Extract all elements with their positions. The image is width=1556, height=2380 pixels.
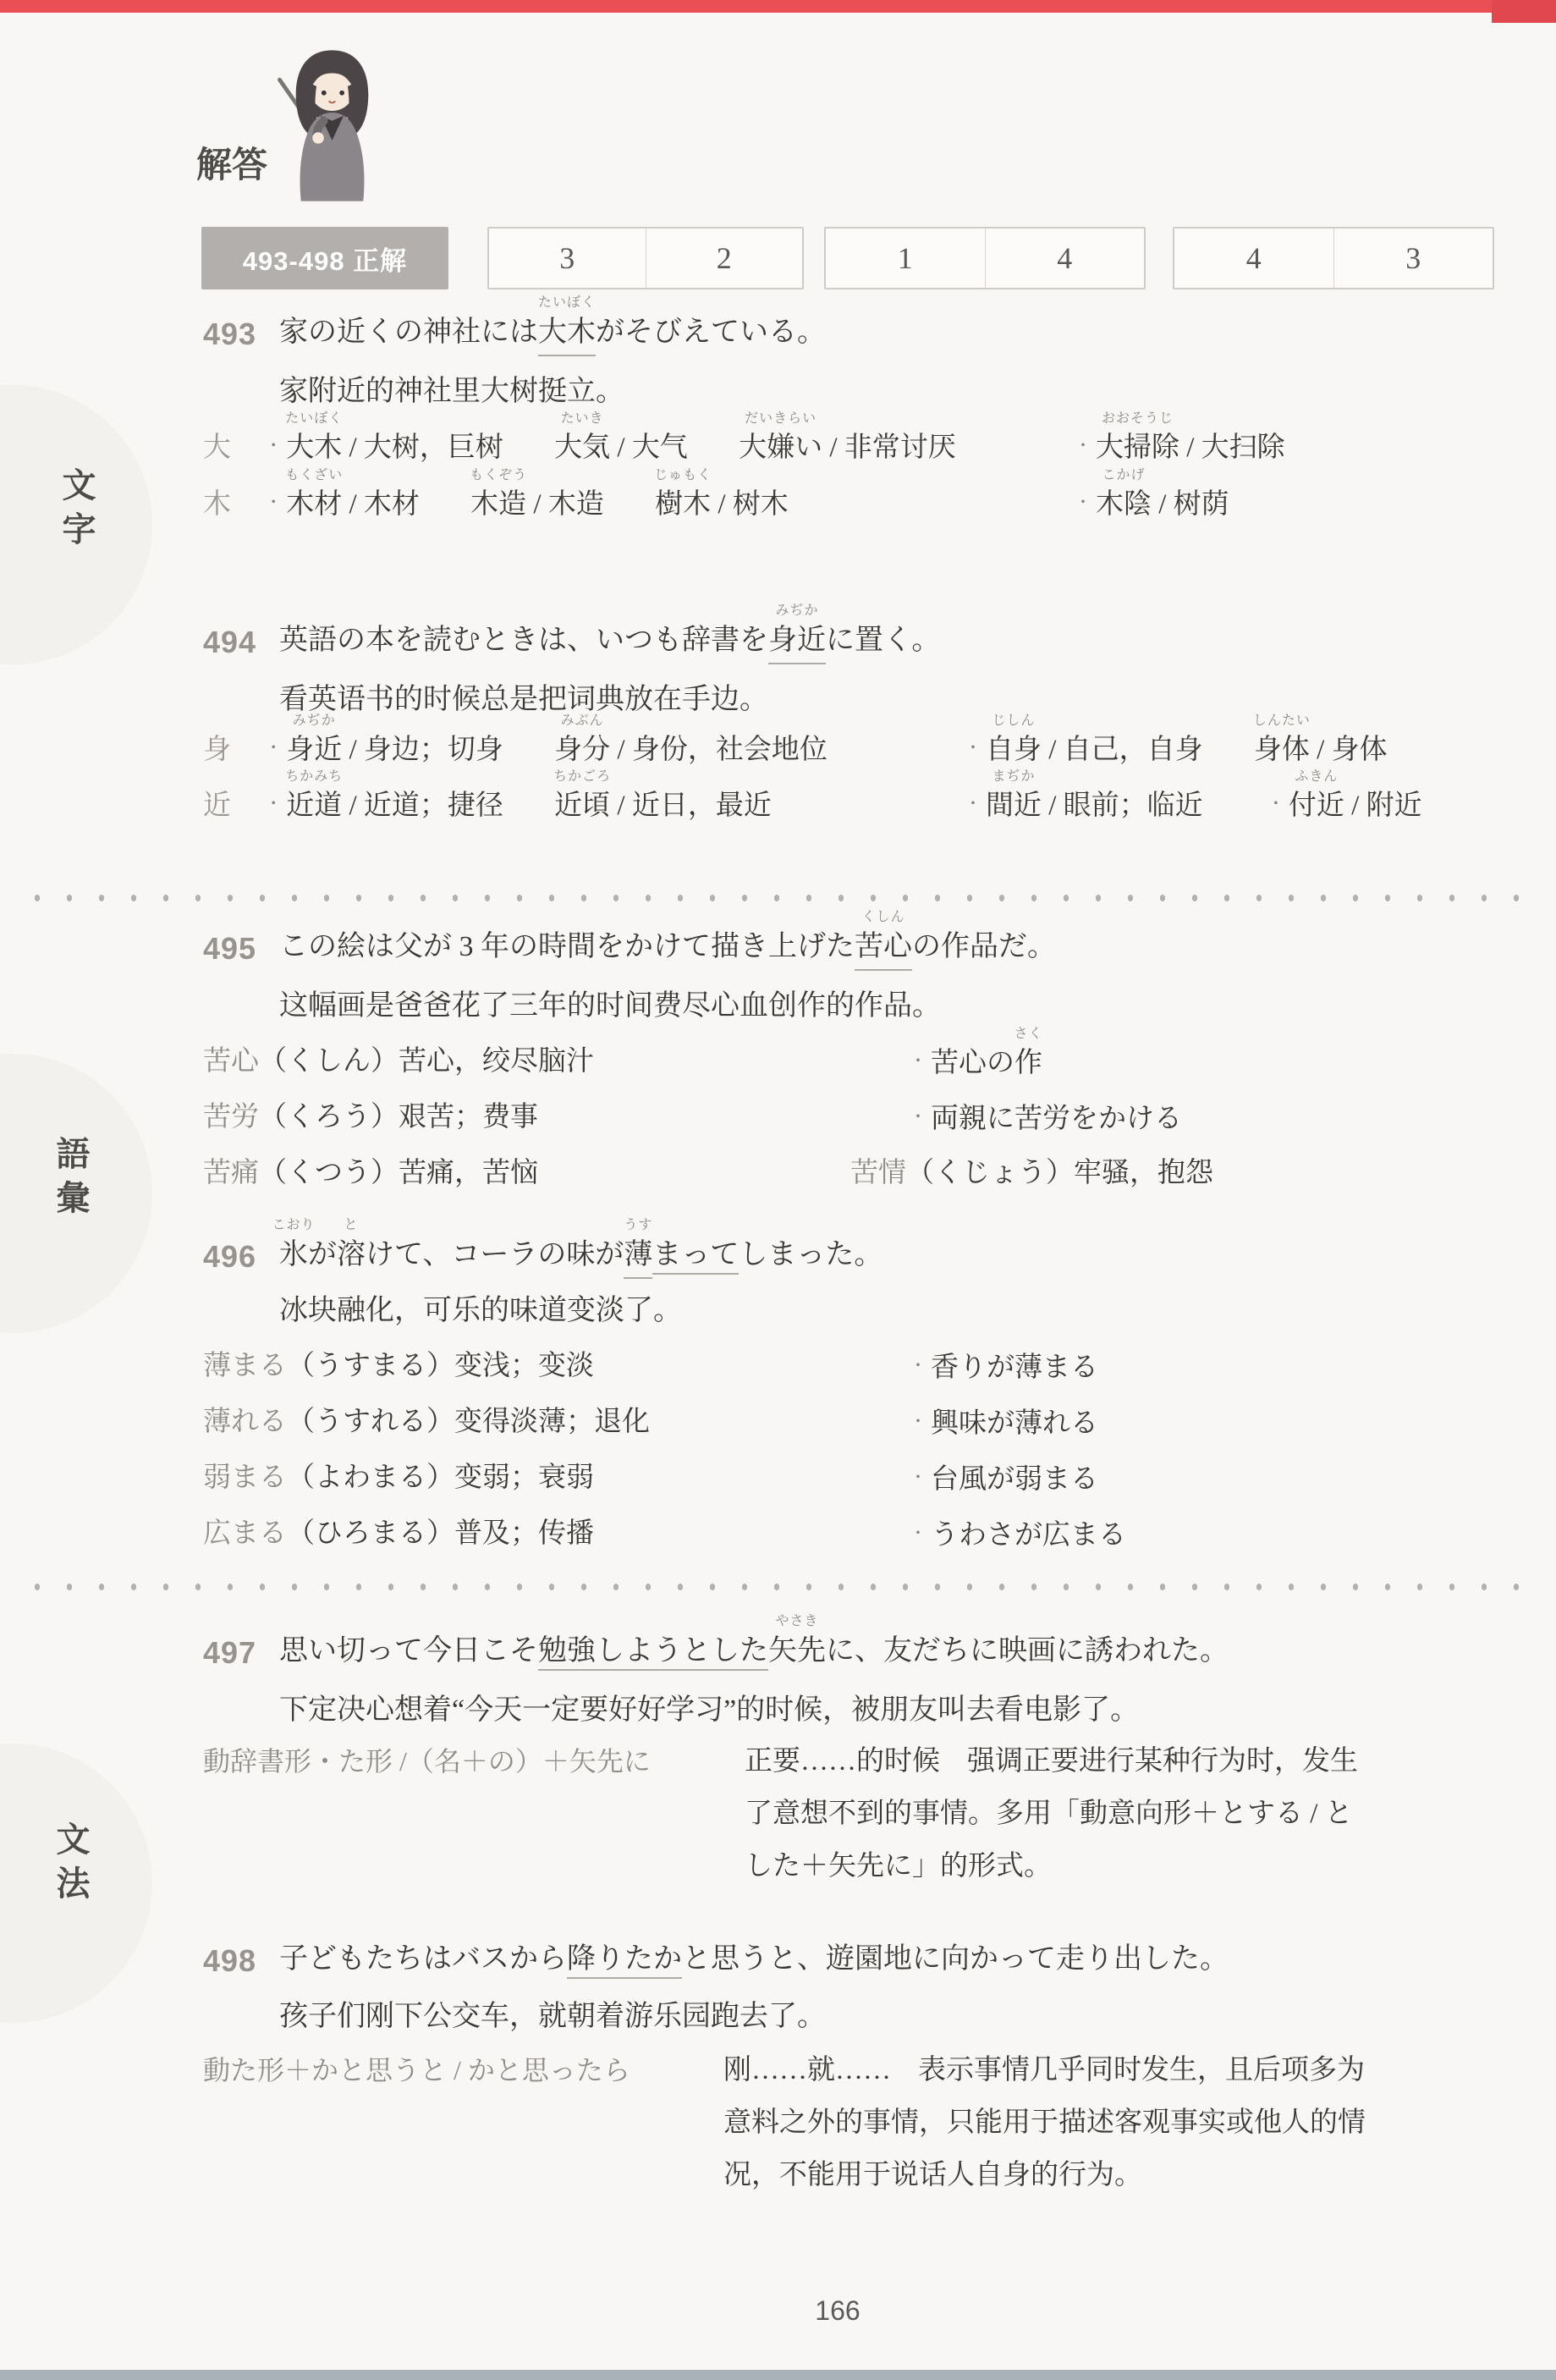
answer-cell-498: 3	[1333, 229, 1493, 288]
item-text: / 自己，自身	[1042, 735, 1203, 765]
bullet-dot: ・	[910, 1468, 926, 1487]
ruby-base: 身近	[286, 735, 342, 765]
sentence-segment: 思い切って今日こそ	[279, 1635, 538, 1667]
headword: 苦心	[203, 1046, 259, 1077]
ruby-word: たいぼく大木	[286, 429, 342, 466]
sentence-segment: が	[308, 1239, 337, 1270]
sentence-segment: 英語の本を読むときは、いつも辞書を	[279, 625, 768, 656]
bullet-dot: ・	[265, 437, 282, 455]
item-text: / 身份，社会地位	[610, 735, 827, 765]
furigana: みぢか	[293, 714, 336, 728]
example-row: 苦労（くろう）艰苦；费事 ・両親に苦労をかける	[203, 1099, 1523, 1136]
sentence-segment: けて、コーラの味が	[366, 1239, 624, 1270]
example-row: 苦痛（くつう）苦痛，苦恼 苦情（くじょう）牢骚，抱怨	[203, 1154, 1523, 1192]
furigana: おおそうじ	[1102, 412, 1174, 426]
ruby-word: と溶	[337, 1236, 366, 1275]
ruby-base: 大掃除	[1096, 432, 1179, 463]
furigana: と	[344, 1219, 358, 1232]
cn-translation: 看英语书的时候总是把词典放在手边。	[279, 680, 768, 719]
ruby-base: 付近	[1289, 791, 1344, 821]
furigana: みぶん	[561, 714, 604, 728]
answer-cell-497: 4	[1174, 229, 1333, 288]
answer-range-label: 493-498 正解	[201, 227, 448, 289]
ruby-word: ちかみち近道	[286, 787, 342, 824]
ruby-word: くしん苦心	[855, 928, 912, 971]
ruby-base: 身分	[554, 735, 610, 765]
grammar-explanation: 正要……的时候强调正要进行某种行为时，发生了意想不到的事情。多用「動意向形＋とす…	[745, 1735, 1362, 1892]
bullet-dot: ・	[910, 1052, 926, 1071]
item-text: / 非常讨厌	[822, 432, 956, 463]
item-text: / 树荫	[1152, 489, 1229, 520]
ruby-base: 近頃	[554, 791, 610, 821]
vocab-entry: 弱まる（よわまる）变弱；衰弱	[203, 1463, 594, 1493]
vocab-item: ・たいぼく大木 / 大树，巨树	[265, 432, 503, 463]
vocab-entry: 苦労（くろう）艰苦；费事	[203, 1102, 538, 1132]
grammar-row: 動た形＋かと思うと / かと思ったら 刚……就……表示事情几乎同时发生，且后项多…	[203, 2044, 1430, 2096]
ruby-base: 大木	[286, 432, 342, 463]
furigana: みぢか	[775, 604, 818, 618]
item-text: 苦心の	[931, 1048, 1014, 1078]
bullet-dot: ・	[965, 739, 981, 758]
vocab-item: みぶん身分 / 身份，社会地位	[554, 735, 827, 765]
furigana: じしん	[992, 714, 1035, 728]
sentence-segment: と思うと、遊園地に向かって走り出した。	[682, 1943, 1229, 1975]
cn-translation: 孩子们刚下公交车，就朝着游乐园跑去了。	[279, 1997, 826, 2036]
headword: 薄れる	[203, 1407, 287, 1437]
sentence-segment: しまった。	[739, 1239, 882, 1270]
ruby-word: さく作	[1014, 1044, 1042, 1082]
furigana: ふきん	[1295, 770, 1338, 784]
book-page: 文字 語彙 文法 解答 493-498 正解 3 2 1 4 4 3 493 家…	[0, 0, 1556, 2380]
page-number: 166	[753, 2295, 922, 2327]
vocab-item: ・まぢか間近 / 眼前；临近	[965, 791, 1203, 821]
example-item: ・興味が薄れる	[910, 1403, 1098, 1442]
question-number: 495	[203, 931, 256, 967]
bullet-dot: ・	[910, 1524, 926, 1543]
ruby-base: 木材	[286, 489, 342, 520]
ruby-base: 苦心	[855, 931, 912, 962]
furigana: こおり	[272, 1219, 315, 1232]
ruby-word: まぢか間近	[986, 787, 1042, 824]
vocab-row: 身 ・みぢか身近 / 身边；切身 みぶん身分 / 身份，社会地位 ・じしん自身 …	[203, 730, 1523, 769]
vocab-item: ・ふきん付近 / 附近	[1267, 791, 1422, 821]
bullet-dot: ・	[265, 739, 282, 758]
furigana: さく	[1014, 1027, 1042, 1041]
answer-box-1: 3 2	[487, 227, 804, 289]
vocab-item: ・ちかみち近道 / 近道；捷径	[265, 791, 503, 821]
example-item: ・苦心のさく作	[910, 1043, 1042, 1082]
ruby-base: 大気	[554, 432, 610, 463]
vocab-item: もくぞう木造 / 木造	[470, 489, 604, 520]
bullet-dot: ・	[910, 1413, 926, 1431]
sentence-segment: 子どもたちはバスから	[279, 1943, 567, 1975]
ruby-word: たいぼく大木	[538, 313, 596, 356]
vocab-item: ・みぢか身近 / 身边；切身	[265, 735, 503, 765]
bullet-dot: ・	[1075, 493, 1091, 512]
vocab-item: ・じしん自身 / 自己，自身	[965, 735, 1203, 765]
furigana: ちかごろ	[553, 770, 611, 784]
grammar-row: 動辞書形・た形 /（名＋の）＋矢先に 正要……的时候强调正要进行某种行为时，发生…	[203, 1735, 1430, 1788]
vocab-item: ・おおそうじ大掃除 / 大扫除	[1075, 427, 1285, 466]
sentence-segment: 降りたか	[567, 1943, 682, 1979]
question-number: 494	[203, 625, 256, 660]
item-text: / 木材	[342, 489, 420, 520]
example-row: 薄まる（うすまる）变浅；变淡 ・香りが薄まる	[203, 1347, 1523, 1385]
example-item: ・台風が弱まる	[910, 1459, 1098, 1498]
ruby-word: じゅもく樹木	[655, 486, 711, 523]
ruby-word: こおり氷	[279, 1236, 308, 1275]
vocab-item: じゅもく樹木 / 树木	[655, 489, 789, 520]
jp-sentence: この絵は父が 3 年の時間をかけて描き上げたくしん苦心の作品だ。	[279, 928, 1056, 971]
kanji-label: 大	[203, 432, 231, 463]
item-text: 香りが薄まる	[931, 1353, 1098, 1383]
answer-cell-493: 3	[489, 229, 646, 288]
item-text: （うすれる）变得淡薄；退化	[287, 1407, 650, 1437]
ruby-base: 大木	[538, 317, 596, 348]
example-item: ・うわさが広まる	[910, 1515, 1126, 1554]
item-text: （くじょう）牢骚，抱怨	[906, 1158, 1213, 1188]
furigana: うす	[624, 1219, 652, 1232]
vocab-entry: 薄れる（うすれる）变得淡薄；退化	[203, 1407, 650, 1437]
question-number: 493	[203, 317, 256, 352]
sentence-segment: まって	[652, 1239, 739, 1275]
item-text: / 附近	[1344, 791, 1422, 821]
bullet-dot: ・	[910, 1357, 926, 1375]
ruby-word: みぢか身近	[768, 621, 826, 664]
sidebar-label-goi: 語彙	[47, 1136, 95, 1224]
bullet-dot: ・	[965, 795, 981, 813]
item-text: / 大扫除	[1179, 432, 1285, 463]
ruby-base: 氷	[279, 1239, 308, 1270]
cn-translation: 家附近的神社里大树挺立。	[279, 372, 624, 411]
example-row: 苦心（くしん）苦心，绞尽脑汁 ・苦心のさく作	[203, 1043, 1523, 1080]
answer-cell-495: 1	[826, 229, 985, 288]
sentence-segment: この絵は父が 3 年の時間をかけて描き上げた	[279, 931, 855, 962]
cn-translation: 冰块融化，可乐的味道变淡了。	[279, 1292, 682, 1330]
ruby-base: 木造	[470, 489, 526, 520]
cn-translation: 这幅画是爸爸花了三年的时间费尽心血创作的作品。	[279, 987, 941, 1026]
headword: 広まる	[203, 1518, 287, 1549]
ruby-word: みぢか身近	[286, 731, 342, 769]
ruby-word: うす薄	[624, 1236, 652, 1279]
top-edge-strip	[0, 0, 1556, 13]
vocab-right-group: ・じしん自身 / 自己，自身 しんたい身体 / 身体	[965, 730, 1432, 769]
furigana: こかげ	[1102, 469, 1145, 482]
ruby-base: 自身	[986, 735, 1042, 765]
ruby-base: 樹木	[655, 489, 711, 520]
ruby-base: 間近	[986, 791, 1042, 821]
dotted-divider	[21, 1581, 1537, 1593]
kanji-label: 木	[203, 489, 231, 520]
ruby-word: ちかごろ近頃	[554, 787, 610, 824]
furigana: ちかみち	[285, 770, 343, 784]
dotted-divider	[21, 892, 1537, 904]
bullet-dot: ・	[1267, 795, 1284, 813]
ruby-base: 作	[1014, 1048, 1042, 1078]
ruby-base: 薄	[624, 1239, 652, 1270]
vocab-entry: 広まる（ひろまる）普及；传播	[203, 1518, 594, 1549]
vocab-item: ちかごろ近頃 / 近日，最近	[554, 791, 772, 821]
sidebar-label-bunpo: 文法	[47, 1821, 95, 1909]
answer-box-2: 1 4	[824, 227, 1146, 289]
sentence-segment: に、友だちに映画に誘われた。	[826, 1635, 1229, 1667]
jp-sentence: 家の近くの神社にはたいぼく大木がそびえている。	[279, 313, 826, 356]
ruby-word: しんたい身体	[1254, 731, 1310, 769]
item-text: （うすまる）变浅；变淡	[287, 1351, 594, 1381]
item-text: / 眼前；临近	[1042, 791, 1203, 821]
vocab-item: しんたい身体 / 身体	[1254, 735, 1388, 765]
ruby-word: だいきらい大嫌い	[739, 429, 822, 466]
question-number: 498	[203, 1943, 256, 1979]
furigana: たいぼく	[538, 296, 596, 310]
item-text: / 大气	[610, 432, 688, 463]
grammar-pattern: 動辞書形・た形 /（名＋の）＋矢先に	[203, 1746, 651, 1777]
vocab-item: たいき大気 / 大气	[554, 432, 688, 463]
vocab-right-group: ・まぢか間近 / 眼前；临近 ・ふきん付近 / 附近	[965, 785, 1466, 824]
ruby-base: 木陰	[1096, 489, 1152, 520]
vocab-item: ・こかげ木陰 / 树荫	[1075, 484, 1229, 523]
furigana: じゅもく	[654, 469, 712, 482]
vocab-item: ・もくざい木材 / 木材	[265, 489, 420, 520]
bullet-dot: ・	[265, 795, 282, 813]
bullet-dot: ・	[910, 1108, 926, 1127]
headword: 苦労	[203, 1102, 259, 1132]
ruby-base: 大嫌い	[739, 432, 822, 463]
ruby-word: じしん自身	[986, 731, 1042, 769]
jp-sentence: 思い切って今日こそ勉強しようとしたやさき矢先に、友だちに映画に誘われた。	[279, 1632, 1229, 1671]
sentence-segment: 家の近くの神社には	[279, 317, 538, 348]
cn-translation: 下定决心想着“今天一定要好好学习”的时候，被朋友叫去看电影了。	[279, 1691, 1139, 1730]
vocab-row: 大 ・たいぼく大木 / 大树，巨树 たいき大気 / 大气 だいきらい大嫌い / …	[203, 427, 1523, 466]
grammar-explanation: 刚……就……表示事情几乎同时发生，且后项多为意料之外的事情，只能用于描述客观事实…	[723, 2044, 1366, 2201]
bullet-dot: ・	[1075, 437, 1091, 455]
ruby-word: みぶん身分	[554, 731, 610, 769]
sentence-segment: がそびえている。	[596, 317, 826, 348]
vocab-entry: 薄まる（うすまる）变浅；变淡	[203, 1351, 594, 1381]
ruby-base: 近道	[286, 791, 342, 821]
furigana: もくざい	[285, 469, 343, 482]
item-text: 台風が弱まる	[931, 1464, 1098, 1495]
vocab-entry: 苦心（くしん）苦心，绞尽脑汁	[203, 1046, 594, 1077]
answer-cell-496: 4	[985, 229, 1145, 288]
vocab-item: だいきらい大嫌い / 非常讨厌	[739, 432, 956, 463]
item-text: うわさが広まる	[931, 1520, 1126, 1551]
headword: 薄まる	[203, 1351, 287, 1381]
item-text: （くろう）艰苦；费事	[259, 1102, 538, 1132]
vocab-row: 近 ・ちかみち近道 / 近道；捷径 ちかごろ近頃 / 近日，最近 ・まぢか間近 …	[203, 785, 1523, 824]
jp-sentence: 英語の本を読むときは、いつも辞書をみぢか身近に置く。	[279, 621, 940, 664]
headword: 苦痛	[203, 1158, 259, 1188]
grammar-meaning: 正要……的时候	[745, 1746, 940, 1777]
example-item: ・両親に苦労をかける	[910, 1099, 1182, 1138]
furigana: たいき	[561, 412, 604, 426]
sentence-segment: に置く。	[826, 625, 940, 656]
furigana: だいきらい	[745, 412, 816, 426]
vocab-entry: 苦痛（くつう）苦痛，苦恼	[203, 1158, 538, 1188]
item-text: 両親に苦労をかける	[931, 1104, 1182, 1134]
question-number: 496	[203, 1239, 256, 1275]
example-row: 広まる（ひろまる）普及；传播 ・うわさが広まる	[203, 1515, 1523, 1552]
example-item: 苦情（くじょう）牢骚，抱怨	[850, 1154, 1213, 1192]
sidebar-label-moji: 文字	[52, 467, 101, 555]
ruby-base: 身近	[768, 625, 826, 656]
ruby-base: 溶	[337, 1239, 366, 1270]
sentence-segment: 勉強しようとした	[538, 1635, 768, 1671]
example-row: 薄れる（うすれる）变得淡薄；退化 ・興味が薄れる	[203, 1403, 1523, 1441]
top-corner-accent	[1492, 0, 1556, 23]
headword: 苦情	[850, 1158, 906, 1188]
furigana: しんたい	[1253, 714, 1311, 728]
example-row: 弱まる（よわまる）变弱；衰弱 ・台風が弱まる	[203, 1459, 1523, 1496]
item-text: （くしん）苦心，绞尽脑汁	[259, 1046, 594, 1077]
furigana: もくぞう	[470, 469, 527, 482]
sentence-segment: の作品だ。	[912, 931, 1056, 962]
page-title: 解答	[196, 137, 267, 188]
furigana: やさき	[775, 1615, 818, 1628]
item-text: （くつう）苦痛，苦恼	[259, 1158, 538, 1188]
furigana: くしん	[861, 911, 904, 924]
headword: 弱まる	[203, 1463, 287, 1493]
vocab-row: 木 ・もくざい木材 / 木材 もくぞう木造 / 木造 じゅもく樹木 / 树木 ・…	[203, 484, 1523, 523]
ruby-word: おおそうじ大掃除	[1096, 429, 1179, 466]
kanji-label: 身	[203, 735, 231, 765]
ruby-word: もくざい木材	[286, 486, 342, 523]
item-text: （ひろまる）普及；传播	[287, 1518, 594, 1549]
item-text: / 大树，巨树	[342, 432, 503, 463]
item-text: / 身边；切身	[342, 735, 503, 765]
grammar-meaning: 刚……就……	[723, 2055, 891, 2085]
answer-box-3: 4 3	[1173, 227, 1494, 289]
ruby-base: 矢先	[768, 1635, 826, 1667]
ruby-base: 身体	[1254, 735, 1310, 765]
grammar-pattern: 動た形＋かと思うと / かと思ったら	[203, 2055, 630, 2085]
example-item: ・香りが薄まる	[910, 1347, 1098, 1386]
item-text: （よわまる）变弱；衰弱	[287, 1463, 594, 1493]
jp-sentence: こおり氷がと溶けて、コーラの味がうす薄まってしまった。	[279, 1236, 882, 1279]
teacher-girl-illustration	[267, 38, 398, 212]
item-text: / 近道；捷径	[342, 791, 503, 821]
ruby-word: こかげ木陰	[1096, 486, 1152, 523]
ruby-word: たいき大気	[554, 429, 610, 466]
jp-sentence: 子どもたちはバスから降りたかと思うと、遊園地に向かって走り出した。	[279, 1940, 1229, 1979]
furigana: たいぼく	[285, 412, 343, 426]
item-text: 興味が薄れる	[931, 1408, 1098, 1439]
kanji-label: 近	[203, 791, 231, 821]
item-text: / 近日，最近	[610, 791, 772, 821]
bullet-dot: ・	[265, 493, 282, 512]
item-text: / 木造	[526, 489, 604, 520]
item-text: / 树木	[711, 489, 789, 520]
item-text: / 身体	[1310, 735, 1388, 765]
bottom-edge-strip	[0, 2370, 1556, 2380]
answer-cell-494: 2	[646, 229, 803, 288]
furigana: まぢか	[992, 770, 1035, 784]
ruby-word: やさき矢先	[768, 1632, 826, 1671]
ruby-word: もくぞう木造	[470, 486, 526, 523]
ruby-word: ふきん付近	[1289, 787, 1344, 824]
question-number: 497	[203, 1635, 256, 1671]
